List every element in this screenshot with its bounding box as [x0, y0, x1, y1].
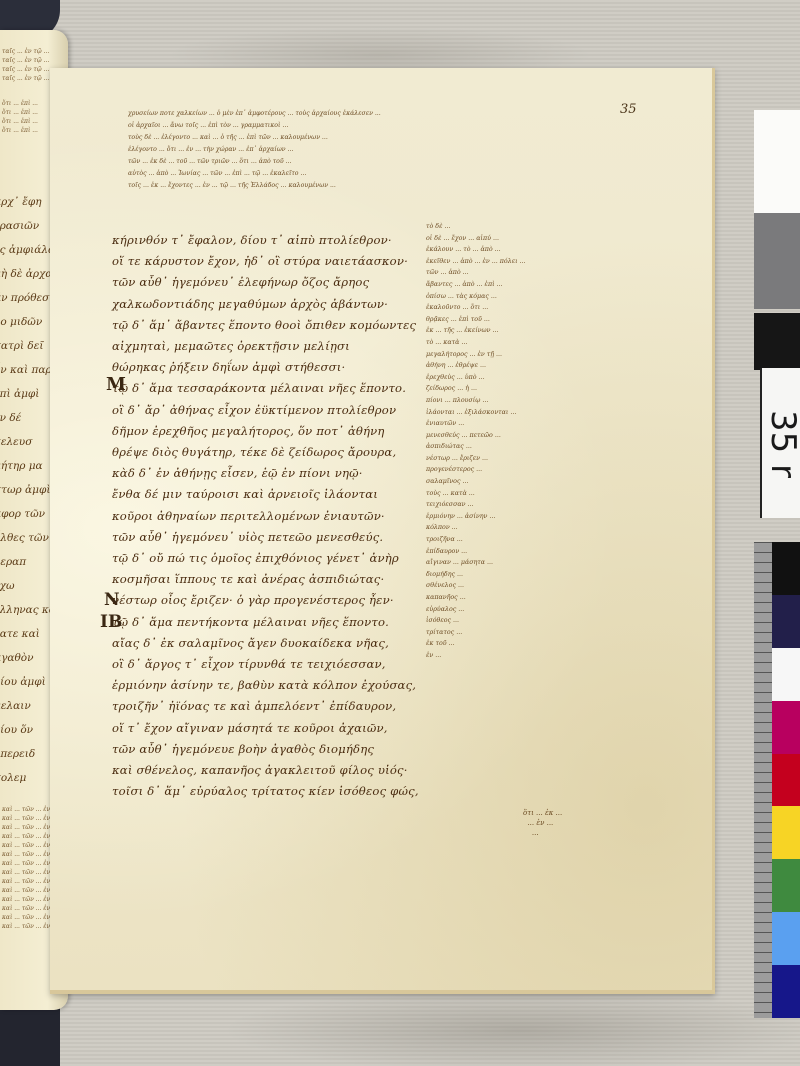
- commentary-line: ἐν ...: [426, 650, 636, 662]
- verse-line: τῶν αὖθ᾽ ἡγεμόνευ᾽ υἱὸς πετεῶο μενεσθεύς…: [112, 527, 432, 548]
- facing-scholia-line: ταῖς ... ἐν τῷ ...: [2, 66, 49, 73]
- commentary-line: τῶν ... ἀπὸ ...: [426, 267, 636, 279]
- facing-scholia-line: καὶ ... τῶν ... ἐν: [2, 914, 50, 921]
- manuscript-folio: 35 χρυσείων ποτε χαλκείων ... ὁ μὲν ἐπ᾽ …: [50, 68, 715, 994]
- commentary-line: τροιζῆνα ...: [426, 534, 636, 546]
- facing-verse-fragment: πολεμ: [0, 772, 26, 784]
- facing-verse-fragment: θεραπ: [0, 556, 26, 568]
- side-commentary: τὸ δὲ ... οἱ δὲ ... ἔχον ... αἰπύ ...ἐκά…: [426, 221, 636, 662]
- commentary-line: οἱ δὲ ... ἔχον ... αἰπύ ...: [426, 233, 636, 245]
- commentary-line: προγενέστερος ...: [426, 464, 636, 476]
- white-patch: [754, 110, 800, 213]
- ruler-scale: [754, 542, 772, 1018]
- verse-line: τῷ δ᾽ ἅμα πεντήκοντα μέλαιναι νῆες ἕποντ…: [112, 612, 432, 633]
- facing-scholia-line: ὅτι ... ἐπὶ ...: [2, 100, 38, 107]
- facing-verse-fragment: ρίου ἀμφὶ: [0, 676, 46, 688]
- scholia-line: οἱ ἀρχαῖοι ... ἄνω τοῖς ... ἐπὶ τὸν ... …: [128, 120, 638, 132]
- facing-verse-fragment: στωρ ἀμφὶ: [0, 484, 50, 496]
- facing-scholia-line: καὶ ... τῶν ... ἐν: [2, 815, 50, 822]
- commentary-line: μενεσθεύς ... πετεῶο ...: [426, 430, 636, 442]
- verse-line: τῷ δ᾽ οὔ πώ τις ὁμοῖος ἐπιχθόνιος γένετ᾽…: [112, 548, 432, 569]
- facing-scholia-line: καὶ ... τῶν ... ἐν: [2, 869, 50, 876]
- commentary-line: ὀπίσω ... τὰς κόμας ...: [426, 291, 636, 303]
- verse-line: αἰχμηταὶ, μεμαῶτες ὀρεκτῇσιν μελίῃσι: [112, 336, 432, 357]
- commentary-line: ἰσόθεος ...: [426, 615, 636, 627]
- scholia-line: τοὺς δὲ ... ἐλέγοντο ... καὶ ... ὁ τῆς .…: [128, 132, 638, 144]
- verse-line: τῷ δ᾽ ἅμα τεσσαράκοντα μέλαιναι νῆες ἕπο…: [112, 378, 432, 399]
- verse-line: ἔνθα δέ μιν ταύροισι καὶ ἀρνειοῖς ἱλάοντ…: [112, 484, 432, 505]
- commentary-line: ζείδωρος ... ἡ ...: [426, 383, 636, 395]
- verse-line: δῆμον ἐρεχθῆος μεγαλήτορος, ὅν ποτ᾽ ἀθήν…: [112, 421, 432, 442]
- facing-verse-fragment: ἐν δέ: [0, 412, 21, 424]
- verse-line: τροιζῆν᾽ ἠϊόνας τε καὶ ἀμπελόεντ᾽ ἐπίδαυ…: [112, 696, 432, 717]
- folio-label-card: 35 r: [760, 368, 800, 518]
- commentary-line: ἐκαλοῦντο ... ὅτι ...: [426, 302, 636, 314]
- facing-scholia-line: καὶ ... τῶν ... ἐν: [2, 842, 50, 849]
- commentary-line: τοὺς ... κατὰ ...: [426, 488, 636, 500]
- facing-scholia-line: ταῖς ... ἐν τῷ ...: [2, 57, 49, 64]
- folio-label: 35 r: [763, 379, 800, 509]
- commentary-line: τὸ ... κατὰ ...: [426, 337, 636, 349]
- facing-scholia-line: καὶ ... τῶν ... ἐν: [2, 905, 50, 912]
- scholia-line: τοῖς ... ἐκ ... ἔχοντες ... ἐν ... τῷ ..…: [128, 180, 638, 192]
- verse-line: κὰδ δ᾽ ἐν ἀθήνῃς εἷσεν, ἑῷ ἐν πίονι νηῷ·: [112, 463, 432, 484]
- color-swatch: [772, 701, 800, 754]
- verse-line: κοῦροι ἀθηναίων περιτελλομένων ἐνιαυτῶν·: [112, 506, 432, 527]
- facing-verse-fragment: κελευσ: [0, 436, 32, 448]
- facing-scholia-line: καὶ ... τῶν ... ἐν: [2, 923, 50, 930]
- scholia-line: αὐτὸς ... ἀπὸ ... Ἰωνίας ... τῶν ... ἐπὶ…: [128, 168, 638, 180]
- scholia-line: ἐλέγοντο ... ὅτι ... ἐν ... τὴν χώραν ..…: [128, 144, 638, 156]
- commentary-line: ἱλάονται ... ἐξιλάσκονται ...: [426, 407, 636, 419]
- facing-verse-fragment: ἀγαθὸν: [0, 652, 33, 664]
- verse-line: θώρηκας ῥήξειν δηΐων ἀμφὶ στήθεσσι·: [112, 357, 432, 378]
- verse-line: θρέψε διὸς θυγάτηρ, τέκε δὲ ζείδωρος ἄρο…: [112, 442, 432, 463]
- commentary-line: διομήδης ...: [426, 569, 636, 581]
- marginal-numeral: Μ: [106, 374, 126, 395]
- main-text-column: κήρινθόν τ᾽ ἔφαλον, δίου τ᾽ αἰπὺ πτολίεθ…: [112, 230, 432, 802]
- commentary-line: ἐρεχθεὺς ... ὑπὸ ...: [426, 372, 636, 384]
- facing-verse-fragment: ἐπὶ ἀμφὶ: [0, 388, 39, 400]
- color-swatch: [772, 754, 800, 807]
- color-swatch: [772, 965, 800, 1018]
- commentary-line: ἑρμιόνην ... ἀσίνην ...: [426, 511, 636, 523]
- grey-scale-target: [754, 110, 800, 370]
- marginal-numeral: ΙΒ: [100, 612, 122, 632]
- grey-patch: [754, 213, 800, 309]
- commentary-line: ἀθήνη ... ἐθρέψε ...: [426, 360, 636, 372]
- verse-line: τῶν αὖθ᾽ ἡγεμόνευε βοὴν ἀγαθὸς διομήδης: [112, 739, 432, 760]
- commentary-line: νέστωρ ... ἔριζεν ...: [426, 453, 636, 465]
- facing-scholia-line: ταῖς ... ἐν τῷ ...: [2, 75, 49, 82]
- scholia-line: τῶν ... ἐκ δὲ ... τοῦ ... τῶν τριῶν ... …: [128, 156, 638, 168]
- color-swatch: [772, 542, 800, 595]
- commentary-line: ἐνιαυτῶν ...: [426, 418, 636, 430]
- commentary-line: κόλπον ...: [426, 522, 636, 534]
- facing-verse-fragment: ὑπερειδ: [0, 748, 35, 760]
- facing-verse-fragment: μὴ δὲ ἀρχαῖ: [0, 268, 57, 280]
- verse-line: νέστωρ οἶος ἔριζεν· ὁ γὰρ προγενέστερος …: [112, 590, 432, 611]
- scholia-line: χρυσείων ποτε χαλκείων ... ὁ μὲν ἐπ᾽ ἀμφ…: [128, 108, 638, 120]
- top-scholia: χρυσείων ποτε χαλκείων ... ὁ μὲν ἐπ᾽ ἀμφ…: [128, 108, 638, 192]
- commentary-line: ἐκάλουν ... τὸ ... ἀπὸ ...: [426, 244, 636, 256]
- color-calibration-bar: [754, 542, 800, 1018]
- color-swatch: [772, 595, 800, 648]
- marginal-numeral: Ν: [104, 590, 120, 610]
- facing-scholia-line: καὶ ... τῶν ... ἐν: [2, 860, 50, 867]
- facing-scholia-line: ταῖς ... ἐν τῷ ...: [2, 48, 49, 55]
- facing-verse-fragment: ἀρχ᾽ ἔφη: [0, 196, 42, 208]
- verse-line: τῶν αὖθ᾽ ἡγεμόνευ᾽ ἐλεφήνωρ ὄζος ἄρηος: [112, 272, 432, 293]
- verse-line: χαλκωδοντιάδης μεγαθύμων ἀρχὸς ἀβάντων·: [112, 294, 432, 315]
- verse-line: τοῖσι δ᾽ ἅμ᾽ εὐρύαλος τρίτατος κίεν ἰσόθ…: [112, 781, 432, 802]
- commentary-line: αἴγιναν ... μάσητα ...: [426, 557, 636, 569]
- facing-verse-fragment: ρίου ὅν: [0, 724, 33, 736]
- facing-scholia-line: ὅτι ... ἐπὶ ...: [2, 127, 38, 134]
- color-swatch: [772, 859, 800, 912]
- verse-line: οἳ δ᾽ ἄργος τ᾽ εἶχον τίρυνθά τε τειχιόεσ…: [112, 654, 432, 675]
- facing-scholia-line: ὅτι ... ἐπὶ ...: [2, 109, 38, 116]
- commentary-line: τὸ δὲ ...: [426, 221, 636, 233]
- color-swatch: [772, 648, 800, 701]
- facing-scholia-line: καὶ ... τῶν ... ἐν: [2, 896, 50, 903]
- verse-line: κήρινθόν τ᾽ ἔφαλον, δίου τ᾽ αἰπὺ πτολίεθ…: [112, 230, 432, 251]
- commentary-line: θρᾷκες ... ἐπὶ τοῦ ...: [426, 314, 636, 326]
- verse-line: οἳ δ᾽ ἄρ᾽ ἀθήνας εἶχον ἐϋκτίμενον πτολίε…: [112, 400, 432, 421]
- commentary-line: σαλαμῖνος ...: [426, 476, 636, 488]
- color-swatch: [772, 912, 800, 965]
- facing-scholia-line: καὶ ... τῶν ... ἐν: [2, 878, 50, 885]
- facing-verse-fragment: ἔχω: [0, 580, 15, 592]
- facing-verse-fragment: νο μιδῶν: [0, 316, 42, 328]
- commentary-line: ἀσπιδιώτας ...: [426, 441, 636, 453]
- commentary-line: πίονι ... πλουσίῳ ...: [426, 395, 636, 407]
- commentary-line: ἐκ τοῦ ...: [426, 638, 636, 650]
- facing-scholia-line: καὶ ... τῶν ... ἐν: [2, 824, 50, 831]
- verse-line: οἵ τ᾽ ἔχον αἴγιναν μάσητά τε κοῦροι ἀχαι…: [112, 718, 432, 739]
- facing-verse-fragment: τατε καὶ: [0, 628, 40, 640]
- facing-verse-fragment: ἀφορ τῶν: [0, 508, 45, 520]
- verse-line: κοσμῆσαι ἵππους τε καὶ ἀνέρας ἀσπιδιώτας…: [112, 569, 432, 590]
- commentary-line: ἐπίδαυρον ...: [426, 546, 636, 558]
- verse-line: τῷ δ᾽ ἅμ᾽ ἄβαντες ἕποντο θοοὶ ὄπιθεν κομ…: [112, 315, 432, 336]
- verse-line: οἵ τε κάρυστον ἔχον, ἠδ᾽ οἳ στύρα ναιετά…: [112, 251, 432, 272]
- commentary-line: ἐκ ... τῆς ... ἐκείνων ...: [426, 325, 636, 337]
- facing-scholia-line: καὶ ... τῶν ... ἐν: [2, 806, 50, 813]
- facing-scholia-line: καὶ ... τῶν ... ἐν: [2, 887, 50, 894]
- commentary-line: εὐρύαλος ...: [426, 604, 636, 616]
- commentary-line: ἐκεῖθεν ... ἀπὸ ... ἐν ... πόλει ...: [426, 256, 636, 268]
- commentary-tail: ὅτι ... ἐκ ... ... ἐν ... ...: [523, 808, 562, 838]
- color-swatch: [772, 806, 800, 859]
- facing-verse-fragment: ἦλθες τῶν: [0, 532, 49, 544]
- facing-verse-fragment: μήτηρ μα: [0, 460, 43, 472]
- facing-verse-fragment: μελαιν: [0, 700, 31, 712]
- verse-line: ἑρμιόνην ἀσίνην τε, βαθὺν κατὰ κόλπον ἐχ…: [112, 675, 432, 696]
- facing-scholia-line: ὅτι ... ἐπὶ ...: [2, 118, 38, 125]
- commentary-line: τειχιόεσσαν ...: [426, 499, 636, 511]
- facing-verse-fragment: πατρὶ δεῖ: [0, 340, 44, 352]
- facing-scholia-line: καὶ ... τῶν ... ἐν: [2, 851, 50, 858]
- commentary-line: σθένελος ...: [426, 580, 636, 592]
- commentary-line: ἄβαντες ... ἀπὸ ... ἐπὶ ...: [426, 279, 636, 291]
- facing-verse-fragment: ἐρασιῶν: [0, 220, 39, 232]
- facing-scholia-line: καὶ ... τῶν ... ἐν: [2, 833, 50, 840]
- commentary-line: καπανῆος ...: [426, 592, 636, 604]
- verse-line: καὶ σθένελος, καπανῆος ἀγακλειτοῦ φίλος …: [112, 760, 432, 781]
- black-patch: [754, 313, 800, 370]
- commentary-line: τρίτατος ...: [426, 627, 636, 639]
- commentary-line: μεγαλήτορος ... ἐν τῇ ...: [426, 349, 636, 361]
- verse-line: αἴας δ᾽ ἐκ σαλαμῖνος ἄγεν δυοκαίδεκα νῆα…: [112, 633, 432, 654]
